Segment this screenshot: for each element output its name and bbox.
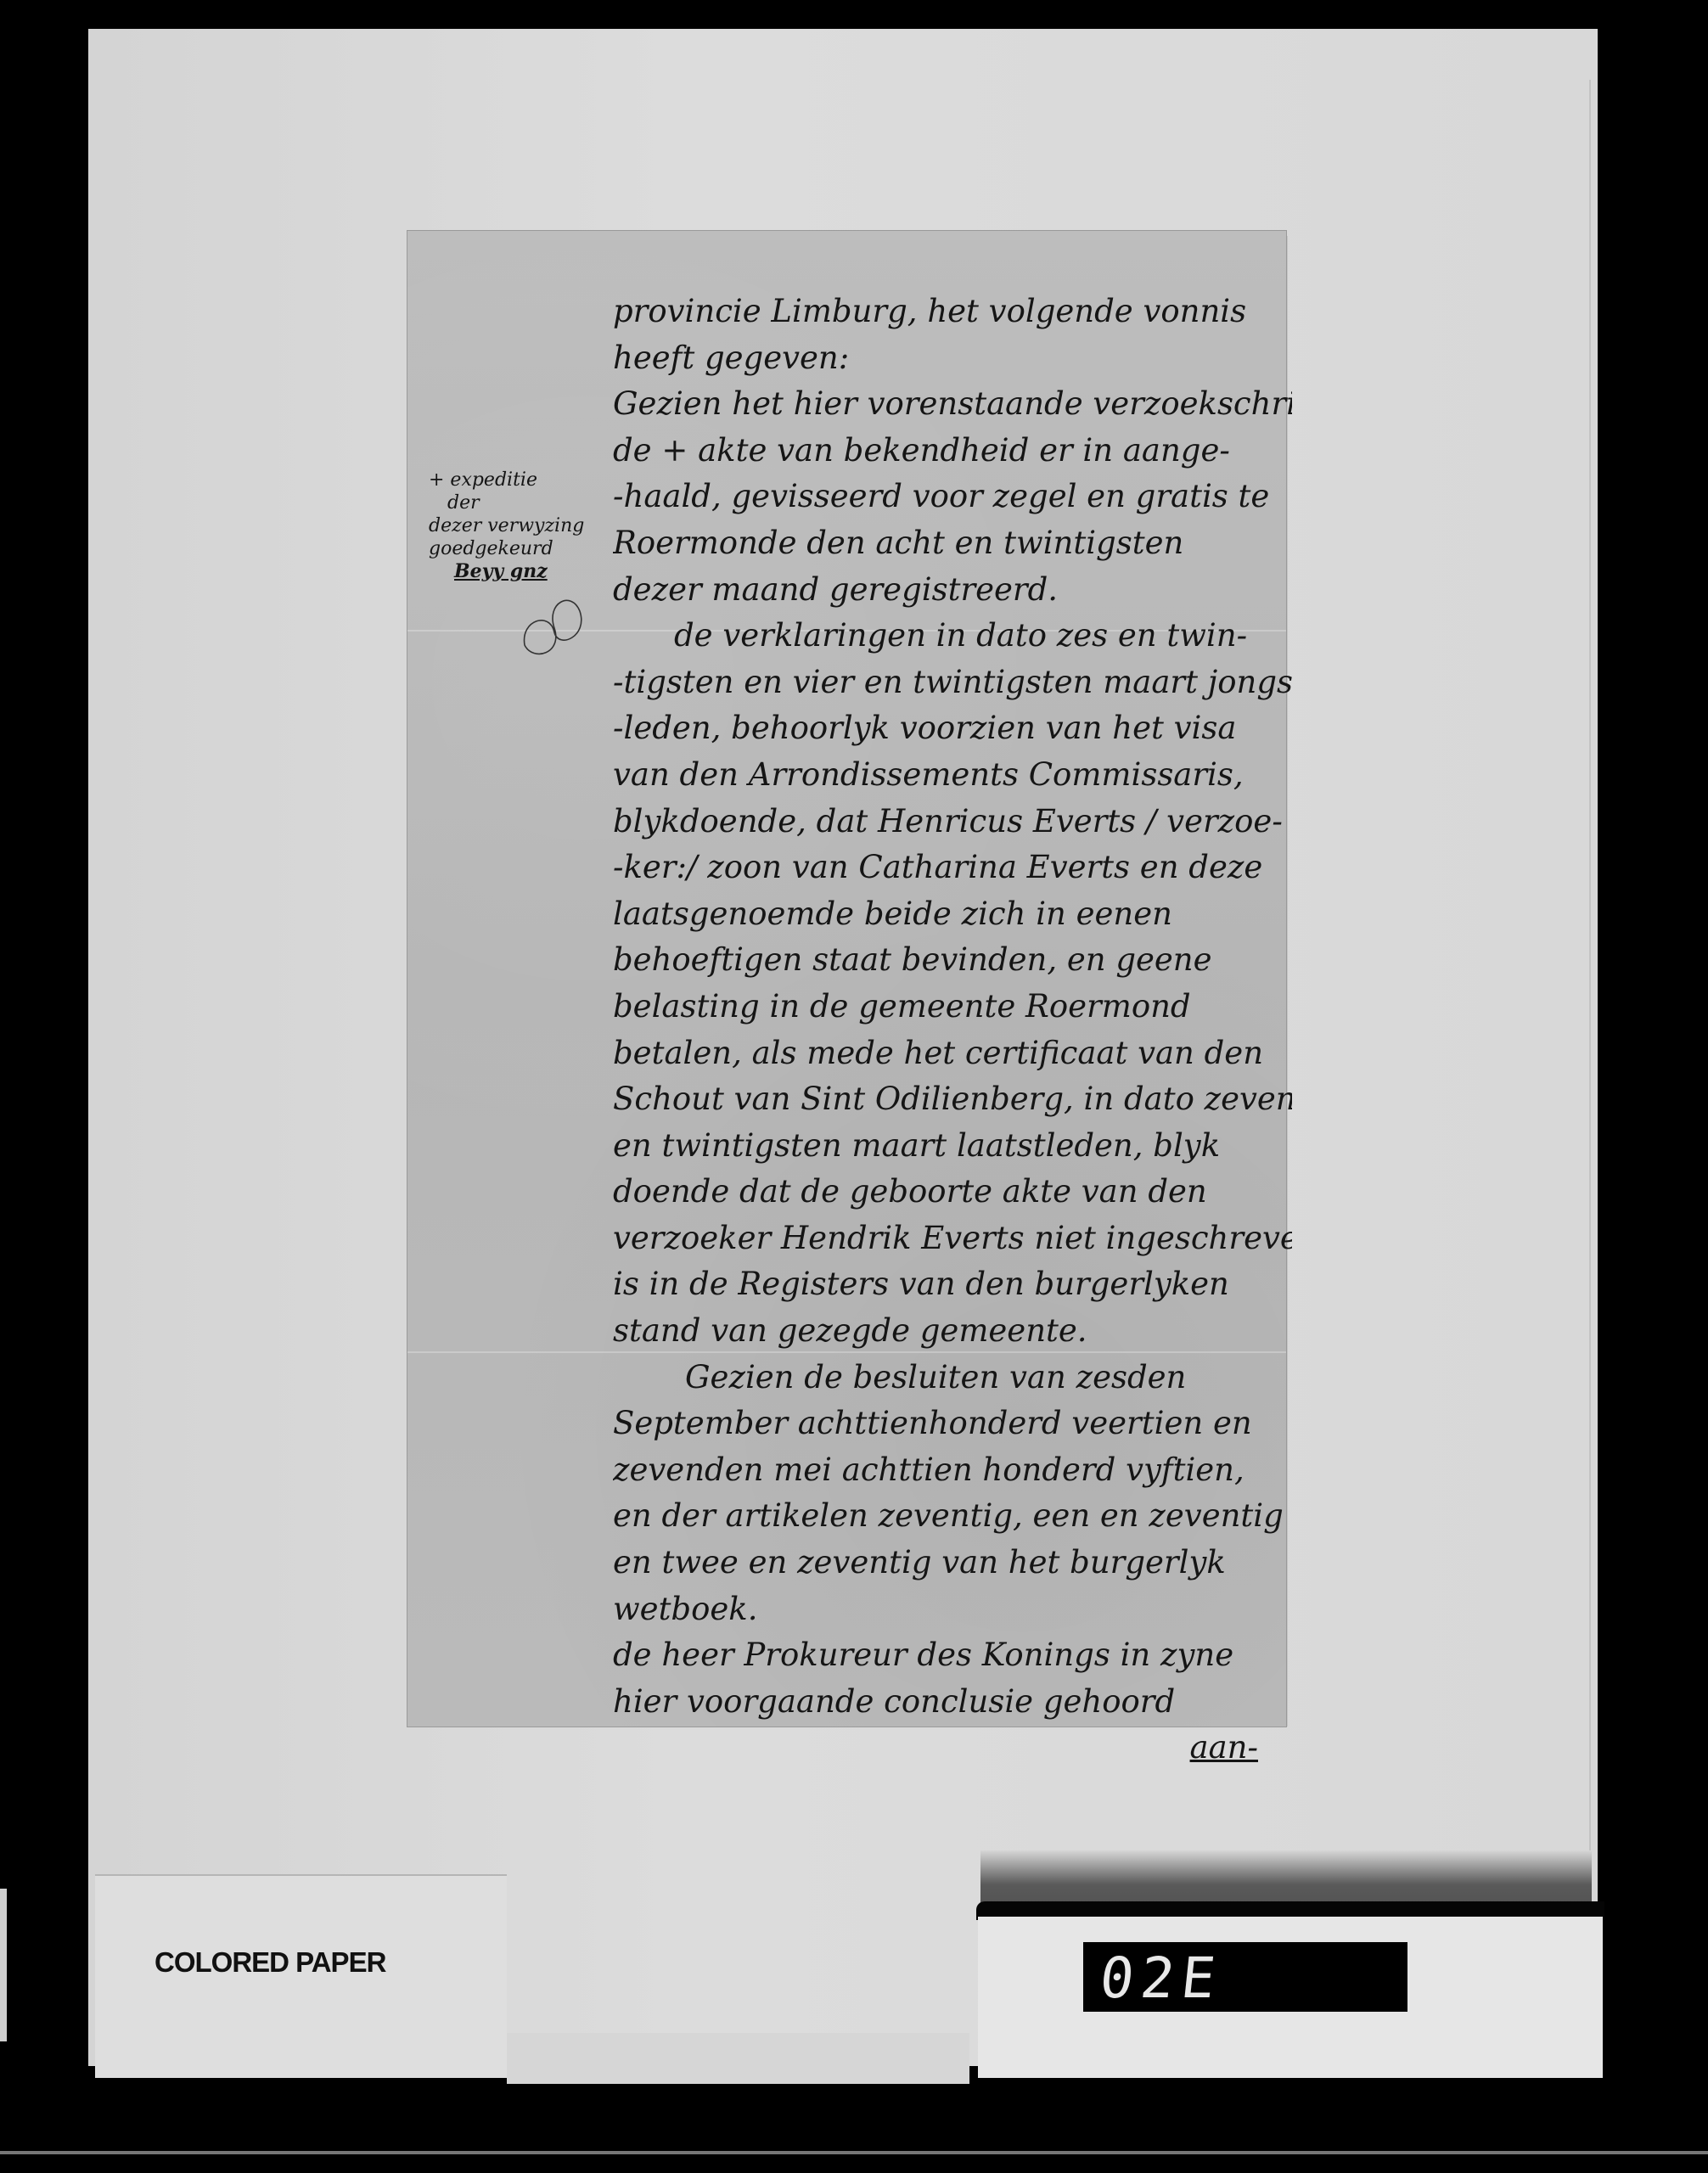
text-line: zevenden mei achttien honderd vyftien, bbox=[613, 1447, 1292, 1494]
text-line: September achttienhonderd veertien en bbox=[613, 1401, 1292, 1447]
text-line: Schout van Sint Odilienberg, in dato zev… bbox=[613, 1076, 1292, 1123]
margin-line: dezer verwyzing bbox=[429, 514, 607, 537]
text-line: wetboek. bbox=[613, 1586, 1292, 1633]
text-line: de heer Prokureur des Konings in zyne bbox=[613, 1632, 1292, 1679]
text-line: Gezien de besluiten van zesden bbox=[613, 1355, 1292, 1401]
margin-line: goedgekeurd bbox=[429, 537, 607, 560]
catchword: aan- bbox=[613, 1725, 1292, 1772]
text-line: blykdoende, dat Henricus Everts / verzoe… bbox=[613, 799, 1292, 845]
text-line: en der artikelen zeventig, een en zevent… bbox=[613, 1493, 1292, 1540]
text-line: behoeftigen staat bevinden, en geene bbox=[613, 937, 1292, 984]
text-line: Roermonde den acht en twintigsten bbox=[613, 520, 1292, 567]
text-line: de + akte van bekendheid er in aange- bbox=[613, 428, 1292, 474]
text-line: laatsgenoemde beide zich in eenen bbox=[613, 891, 1292, 938]
paraph-flourish-icon bbox=[516, 586, 593, 662]
frame-counter-value: 02E bbox=[1097, 1946, 1225, 2011]
film-bottom-band bbox=[0, 2151, 1708, 2154]
margin-signature: Beyy gnz bbox=[429, 560, 607, 583]
text-line: provincie Limburg, het volgende vonnis bbox=[613, 289, 1292, 335]
text-line: de verklaringen in dato zes en twin- bbox=[613, 613, 1292, 660]
text-line: hier voorgaande conclusie gehoord bbox=[613, 1679, 1292, 1726]
handwritten-text-body: provincie Limburg, het volgende vonnis h… bbox=[613, 289, 1292, 1772]
text-line: doende dat de geboorte akte van den bbox=[613, 1169, 1292, 1216]
text-line: belasting in de gemeente Roermond bbox=[613, 984, 1292, 1030]
text-line: -haald, gevisseerd voor zegel en gratis … bbox=[613, 474, 1292, 520]
text-line: heeft gegeven: bbox=[613, 335, 1292, 382]
text-line: van den Arrondissements Commissaris, bbox=[613, 752, 1292, 799]
margin-line: der bbox=[429, 491, 607, 514]
text-line: -ker:/ zoon van Catharina Everts en deze bbox=[613, 845, 1292, 891]
text-line: is in de Registers van den burgerlyken bbox=[613, 1261, 1292, 1308]
film-edge bbox=[0, 1889, 7, 2041]
text-line: Gezien het hier vorenstaande verzoekschr… bbox=[613, 381, 1292, 428]
text-line: en twintigsten maart laatstleden, blyk bbox=[613, 1123, 1292, 1170]
text-line: verzoeker Hendrik Everts niet ingeschrev… bbox=[613, 1216, 1292, 1262]
text-line: en twee en zeventig van het burgerlyk bbox=[613, 1540, 1292, 1586]
text-line: dezer maand geregistreerd. bbox=[613, 567, 1292, 614]
margin-line: + expeditie bbox=[429, 469, 607, 491]
text-line: -tigsten en vier en twintigsten maart jo… bbox=[613, 660, 1292, 706]
backing-lower-area bbox=[507, 2033, 969, 2084]
text-line: stand van gezegde gemeente. bbox=[613, 1308, 1292, 1355]
margin-annotation: + expeditie der dezer verwyzing goedgeke… bbox=[429, 469, 607, 583]
text-line: betalen, als mede het certificaat van de… bbox=[613, 1030, 1292, 1077]
sheet-edge bbox=[1589, 80, 1591, 2066]
colored-paper-label: COLORED PAPER bbox=[155, 1946, 385, 1979]
text-line: -leden, behoorlyk voorzien van het visa bbox=[613, 705, 1292, 752]
